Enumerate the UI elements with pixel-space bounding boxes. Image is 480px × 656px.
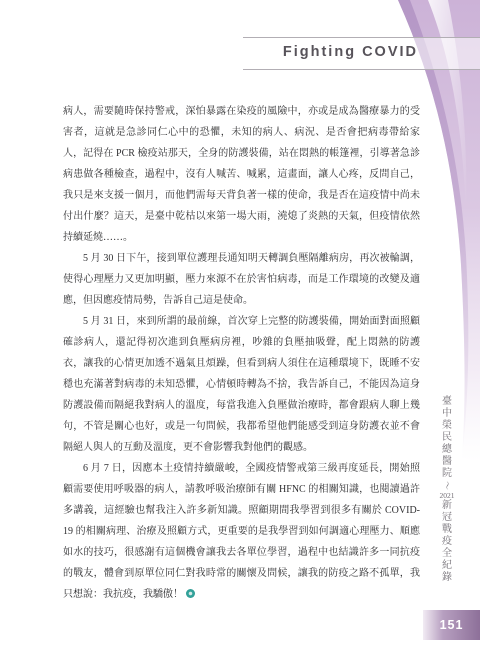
book-title-char: 紀 (442, 561, 452, 572)
article-paragraph: 5 月 31 日，來到所謂的最前線，首次穿上完整的防護裝備，開始面對面照顧確診病… (63, 311, 420, 458)
page-number-badge: 151 (423, 610, 480, 640)
book-title-char: 總 (442, 445, 452, 456)
article-body: 病人，需要隨時保持警戒，深怕暴露在染疫的風險中，亦或是成為醫療暴力的受害者，這就… (63, 101, 420, 605)
article-paragraph: 5 月 30 日下午，接到單位護理長通知明天轉調負壓隔離病房，再次被輪調，使得心… (63, 248, 420, 311)
book-title-char: 冠 (442, 513, 452, 524)
book-page: Fighting COVID 病人，需要隨時保持警戒，深怕暴露在染疫的風險中，亦… (0, 0, 480, 656)
end-of-article-icon (186, 589, 195, 598)
page-header-title: Fighting COVID (283, 44, 418, 60)
book-title-char: 醫 (442, 457, 452, 468)
book-title-vertical: 臺中榮民總醫院～2021新冠戰疫全紀錄 (438, 397, 456, 584)
book-title-char: 中 (442, 409, 452, 420)
book-title-char: 疫 (442, 537, 452, 548)
book-title-char: 榮 (442, 421, 452, 432)
book-title-char: 全 (442, 549, 452, 560)
book-title-char: 錄 (442, 573, 452, 584)
book-title-char: 戰 (442, 525, 452, 536)
book-title-char: 院 (442, 469, 452, 480)
header-rule-top (243, 37, 480, 38)
page-number: 151 (440, 618, 464, 632)
book-title-char: 臺 (442, 397, 452, 408)
article-paragraph: 病人，需要隨時保持警戒，深怕暴露在染疫的風險中，亦或是成為醫療暴力的受害者，這就… (63, 101, 420, 248)
book-title-char: 2021 (440, 492, 455, 500)
book-title-char: ～ (442, 481, 451, 490)
header-rule-bottom (243, 69, 480, 70)
article-paragraph-text: 6 月 7 日，因應本土疫情持續嚴峻，全國疫情警戒第三級再度延長，開始照顧需要使… (63, 463, 420, 600)
book-title-char: 民 (442, 433, 452, 444)
article-paragraph: 6 月 7 日，因應本土疫情持續嚴峻，全國疫情警戒第三級再度延長，開始照顧需要使… (63, 458, 420, 605)
book-title-char: 新 (442, 501, 452, 512)
